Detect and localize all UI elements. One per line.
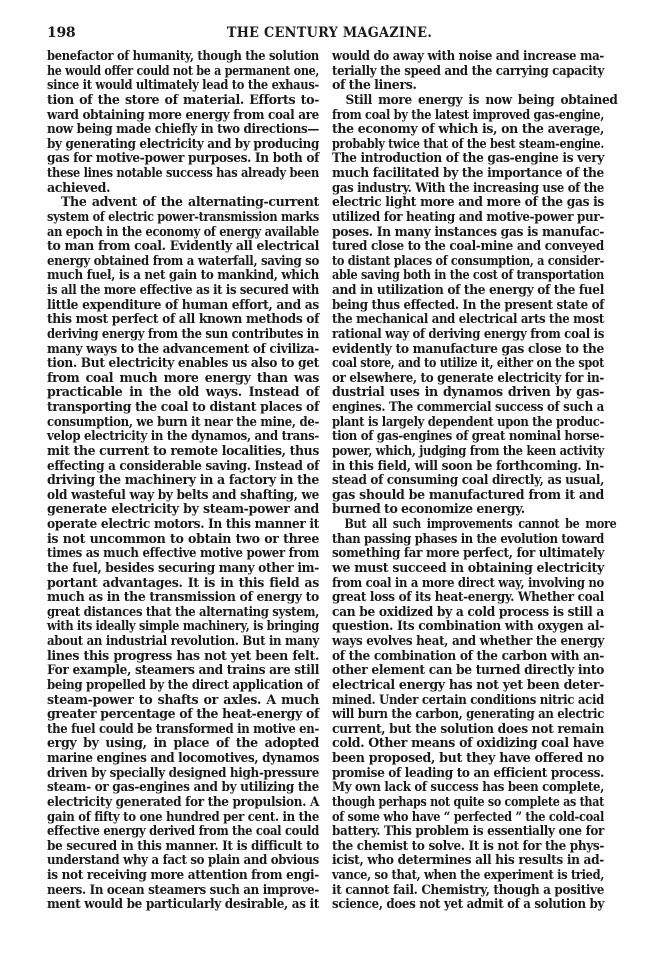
text-line: portant advantages. It is in this field … — [47, 576, 319, 591]
text-line: energy obtained from a waterfall, saving… — [47, 254, 319, 269]
text-line: the economy of which is, on the average, — [332, 122, 604, 137]
text-line: these lines notable success has already … — [47, 166, 319, 181]
text-line: though perhaps not quite so complete as … — [332, 795, 604, 810]
text-line: to distant places of consumption, a cons… — [332, 254, 604, 269]
text-line: tion. But electricity enables us also to… — [47, 356, 319, 371]
text-line: driving the machinery in a factory in th… — [47, 473, 319, 488]
text-line: deriving energy from the sun contributes… — [47, 327, 319, 342]
text-line: greater percentage of the heat-energy of — [47, 707, 319, 722]
text-line: Still more energy is now being obtained — [332, 93, 617, 108]
text-line: burned to economize energy. — [332, 502, 604, 517]
text-line: tured close to the coal-mine and conveye… — [332, 239, 604, 254]
text-line: gas industry. With the increasing use of… — [332, 181, 604, 196]
text-line: neers. In ocean steamers such an improve… — [47, 883, 319, 898]
text-line: generate electricity by steam-power and — [47, 502, 319, 517]
text-line: plant is largely dependent upon the prod… — [332, 415, 604, 430]
text-line: electrical energy has not yet been deter… — [332, 678, 604, 693]
text-line: practicable in the old ways. Instead of — [47, 385, 319, 400]
text-line: being thus effected. In the present stat… — [332, 298, 604, 313]
text-line: current, but the solution does not remai… — [332, 722, 604, 737]
text-line: The introduction of the gas-engine is ve… — [332, 151, 604, 166]
text-line: evidently to manufacture gas close to th… — [332, 342, 604, 357]
text-line: ward obtaining more energy from coal are — [47, 108, 319, 123]
text-line: cold. Other means of oxidizing coal have — [332, 736, 604, 751]
text-line: achieved. — [47, 181, 319, 196]
text-line: it cannot fail. Chemistry, though a posi… — [332, 883, 604, 898]
text-line: much fuel, is a net gain to mankind, whi… — [47, 268, 319, 283]
text-line: poses. In many instances gas is manufac- — [332, 225, 604, 240]
text-line: the fuel, besides securing many other im… — [47, 561, 319, 576]
text-line: probably twice that of the best steam-en… — [332, 137, 604, 152]
text-line: battery. This problem is essentially one… — [332, 824, 604, 839]
text-line: of some who have “ perfected ” the cold-… — [332, 810, 604, 825]
text-line: engines. The commercial success of such … — [332, 400, 604, 415]
text-line: For example, steamers and trains are sti… — [47, 663, 319, 678]
text-line: other element can be turned directly int… — [332, 663, 604, 678]
text-line: the fuel could be transformed in motive … — [47, 722, 319, 737]
running-title: THE CENTURY MAGAZINE. — [70, 24, 590, 42]
text-line: the mechanical and electrical arts the m… — [332, 312, 604, 327]
text-line: much facilitated by the importance of th… — [332, 166, 604, 181]
text-line: being propelled by the direct applicatio… — [47, 678, 319, 693]
text-line: steam-power to shafts or axles. A much — [47, 693, 319, 708]
text-line: in this field, will soon be forthcoming.… — [332, 459, 604, 474]
text-line: or elsewhere, to generate electricity fo… — [332, 371, 604, 386]
text-line: steam- or gas-engines and by utilizing t… — [47, 780, 319, 795]
text-line: great distances that the alternating sys… — [47, 605, 319, 620]
text-line: gas should be manufactured from it and — [332, 488, 604, 503]
text-line: mit the current to remote localities, th… — [47, 444, 319, 459]
text-line: transporting the coal to distant places … — [47, 400, 319, 415]
text-line: dustrial uses in dynamos driven by gas- — [332, 385, 604, 400]
right-text-column: would do away with noise and increase ma… — [332, 49, 604, 912]
text-line: effective energy derived from the coal c… — [47, 824, 319, 839]
text-line: been proposed, but they have offered no — [332, 751, 604, 766]
text-line: is not receiving more attention from eng… — [47, 868, 319, 883]
text-line: of the liners. — [332, 78, 604, 93]
text-line: can be oxidized by a cold process is sti… — [332, 605, 604, 620]
text-line: But all such improvements cannot be more — [332, 517, 616, 532]
text-line: rational way of deriving energy from coa… — [332, 327, 604, 342]
text-line: will burn the carbon, generating an elec… — [332, 707, 604, 722]
text-line: about an industrial revolution. But in m… — [47, 634, 319, 649]
page-header: 198 THE CENTURY MAGAZINE. — [47, 24, 612, 42]
text-line: to man from coal. Evidently all electric… — [47, 239, 319, 254]
text-line: be secured in this manner. It is difficu… — [47, 839, 319, 854]
text-line: an epoch in the economy of energy availa… — [47, 225, 319, 240]
text-line: science, does not yet admit of a solutio… — [332, 897, 604, 912]
text-line: gain of fifty to one hundred per cent. i… — [47, 810, 319, 825]
text-line: velop electricity in the dynamos, and tr… — [47, 429, 319, 444]
text-line: coal store, and to utilize it, either on… — [332, 356, 604, 371]
text-line: stead of consuming coal directly, as usu… — [332, 473, 604, 488]
text-line: many ways to the advancement of civiliza… — [47, 342, 319, 357]
text-line: able saving both in the cost of transpor… — [332, 268, 604, 283]
text-line: effecting a considerable saving. Instead… — [47, 459, 319, 474]
text-line: The advent of the alternating-current — [47, 195, 319, 210]
text-line: electricity generated for the propulsion… — [47, 795, 319, 810]
text-line: little expenditure of human effort, and … — [47, 298, 319, 313]
text-line: utilized for heating and motive-power pu… — [332, 210, 604, 225]
text-line: and in utilization of the energy of the … — [332, 283, 604, 298]
text-line: electric light more and more of the gas … — [332, 195, 604, 210]
text-line: ergy by using, in place of the adopted — [47, 736, 319, 751]
text-line: icist, who determines all his results in… — [332, 853, 604, 868]
text-line: with its ideally simple machinery, is br… — [47, 619, 319, 634]
text-line: promise of leading to an efficient proce… — [332, 766, 604, 781]
text-line: he would offer could not be a permanent … — [47, 64, 319, 79]
text-line: than passing phases in the evolution tow… — [332, 532, 604, 547]
text-line: from coal much more energy than was — [47, 371, 319, 386]
text-line: from coal in a more direct way, involvin… — [332, 576, 604, 591]
text-line: tion of gas-engines of great nominal hor… — [332, 429, 604, 444]
text-line: gas for motive-power purposes. In both o… — [47, 151, 319, 166]
text-line: mined. Under certain conditions nitric a… — [332, 693, 604, 708]
text-line: we must succeed in obtaining electricity — [332, 561, 604, 576]
text-line: tion of the store of material. Efforts t… — [47, 93, 319, 108]
text-line: vance, so that, when the experiment is t… — [332, 868, 604, 883]
text-line: operate electric motors. In this manner … — [47, 517, 319, 532]
text-line: by generating electricity and by produci… — [47, 137, 319, 152]
text-line: is not uncommon to obtain two or three — [47, 532, 319, 547]
text-line: terially the speed and the carrying capa… — [332, 64, 604, 79]
text-line: power, which, judging from the keen acti… — [332, 444, 604, 459]
text-line: system of electric power-transmission ma… — [47, 210, 319, 225]
text-line: great loss of its heat-energy. Whether c… — [332, 590, 604, 605]
text-line: now being made chiefly in two directions… — [47, 122, 319, 137]
text-line: ment would be particularly desirable, as… — [47, 897, 319, 912]
text-line: times as much effective motive power fro… — [47, 546, 319, 561]
text-line: would do away with noise and increase ma… — [332, 49, 604, 64]
text-line: the chemist to solve. It is not for the … — [332, 839, 604, 854]
text-line: since it would ultimately lead to the ex… — [47, 78, 319, 93]
left-text-column: benefactor of humanity, though the solut… — [47, 49, 319, 912]
text-line: consumption, we burn it near the mine, d… — [47, 415, 319, 430]
text-line: My own lack of success has been complete… — [332, 780, 604, 795]
text-line: is all the more effective as it is secur… — [47, 283, 319, 298]
text-line: understand why a fact so plain and obvio… — [47, 853, 319, 868]
text-line: from coal by the latest improved gas-eng… — [332, 108, 604, 123]
text-line: of the combination of the carbon with an… — [332, 649, 604, 664]
text-line: ways evolves heat, and whether the energ… — [332, 634, 604, 649]
text-line: lines this progress has not yet been fel… — [47, 649, 319, 664]
text-line: this most perfect of all known methods o… — [47, 312, 319, 327]
text-line: much as in the transmission of energy to — [47, 590, 319, 605]
text-line: marine engines and locomotives, dynamos — [47, 751, 319, 766]
text-line: old wasteful way by belts and shafting, … — [47, 488, 319, 503]
text-line: driven by specially designed high-pressu… — [47, 766, 319, 781]
text-line: something far more perfect, for ultimate… — [332, 546, 604, 561]
text-line: question. Its combination with oxygen al… — [332, 619, 604, 634]
text-line: benefactor of humanity, though the solut… — [47, 49, 319, 64]
